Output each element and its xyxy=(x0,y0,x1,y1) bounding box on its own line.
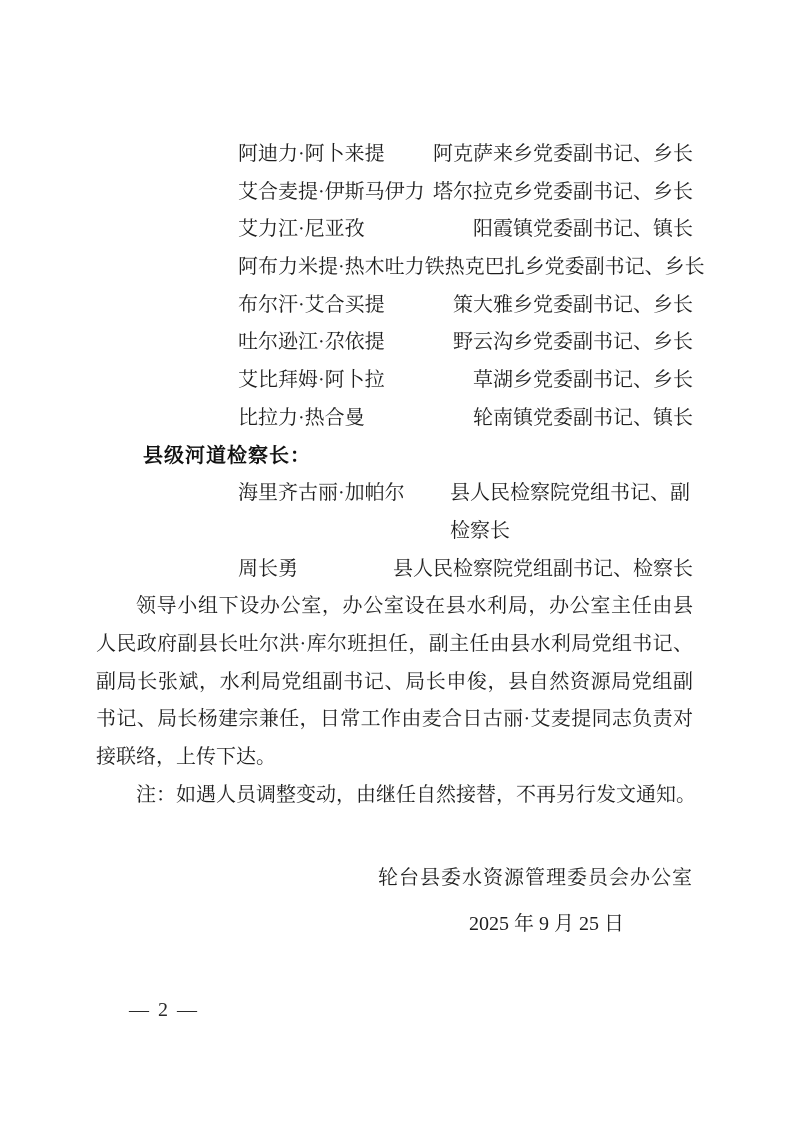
official-name: 海里齐古丽·加帕尔 xyxy=(238,475,405,513)
official-name: 阿布力米提·热木吐力 xyxy=(96,249,425,287)
official-title: 县人民检察院党组书记、副检察长 xyxy=(450,475,696,550)
appointment-row: 阿布力米提·热木吐力 铁热克巴扎乡党委副书记、乡长 xyxy=(96,249,693,287)
official-name: 阿迪力·阿卜来提 xyxy=(96,136,385,174)
appointment-row: 海里齐古丽·加帕尔 县人民检察院党组书记、副检察长 xyxy=(96,475,693,550)
official-title: 铁热克巴扎乡党委副书记、乡长 xyxy=(425,249,705,287)
official-title: 塔尔拉克乡党委副书记、乡长 xyxy=(433,174,693,212)
official-title: 轮南镇党委副书记、镇长 xyxy=(473,400,693,438)
issuing-office: 轮台县委水资源管理委员会办公室 xyxy=(96,860,693,898)
section-heading: 县级河道检察长： xyxy=(96,438,693,476)
official-title: 野云沟乡党委副书记、乡长 xyxy=(453,324,693,362)
body-paragraph: 领导小组下设办公室，办公室设在县水利局，办公室主任由县人民政府副县长吐尔洪·库尔… xyxy=(96,588,693,777)
appointment-row: 布尔汗·艾合买提 策大雅乡党委副书记、乡长 xyxy=(96,287,693,325)
appointment-row: 艾比拜姆·阿卜拉 草湖乡党委副书记、乡长 xyxy=(96,362,693,400)
official-title: 阳霞镇党委副书记、镇长 xyxy=(473,211,693,249)
official-name: 艾力江·尼亚孜 xyxy=(96,211,365,249)
document-page: 阿迪力·阿卜来提 阿克萨来乡党委副书记、乡长 艾合麦提·伊斯马伊力 塔尔拉克乡党… xyxy=(0,0,793,1122)
appointment-row: 吐尔逊江·尕依提 野云沟乡党委副书记、乡长 xyxy=(96,324,693,362)
note-line: 注：如遇人员调整变动，由继任自然接替，不再另行发文通知。 xyxy=(96,777,693,815)
official-title: 县人民检察院党组副书记、检察长 xyxy=(393,551,693,589)
issue-date: 2025 年 9 月 25 日 xyxy=(96,906,693,944)
appointment-row: 周长勇 县人民检察院党组副书记、检察长 xyxy=(96,551,693,589)
official-name: 比拉力·热合曼 xyxy=(96,400,365,438)
page-number: — 2 — xyxy=(129,995,199,1025)
document-content: 阿迪力·阿卜来提 阿克萨来乡党委副书记、乡长 艾合麦提·伊斯马伊力 塔尔拉克乡党… xyxy=(96,136,693,944)
official-name: 艾合麦提·伊斯马伊力 xyxy=(96,174,425,212)
official-name: 布尔汗·艾合买提 xyxy=(96,287,385,325)
official-name: 吐尔逊江·尕依提 xyxy=(96,324,385,362)
appointment-row: 阿迪力·阿卜来提 阿克萨来乡党委副书记、乡长 xyxy=(96,136,693,174)
official-title: 草湖乡党委副书记、乡长 xyxy=(473,362,693,400)
official-title: 阿克萨来乡党委副书记、乡长 xyxy=(433,136,693,174)
official-name: 周长勇 xyxy=(96,551,298,589)
appointment-row: 艾合麦提·伊斯马伊力 塔尔拉克乡党委副书记、乡长 xyxy=(96,174,693,212)
appointment-row: 艾力江·尼亚孜 阳霞镇党委副书记、镇长 xyxy=(96,211,693,249)
appointment-row: 比拉力·热合曼 轮南镇党委副书记、镇长 xyxy=(96,400,693,438)
official-name: 艾比拜姆·阿卜拉 xyxy=(96,362,385,400)
official-title: 策大雅乡党委副书记、乡长 xyxy=(453,287,693,325)
